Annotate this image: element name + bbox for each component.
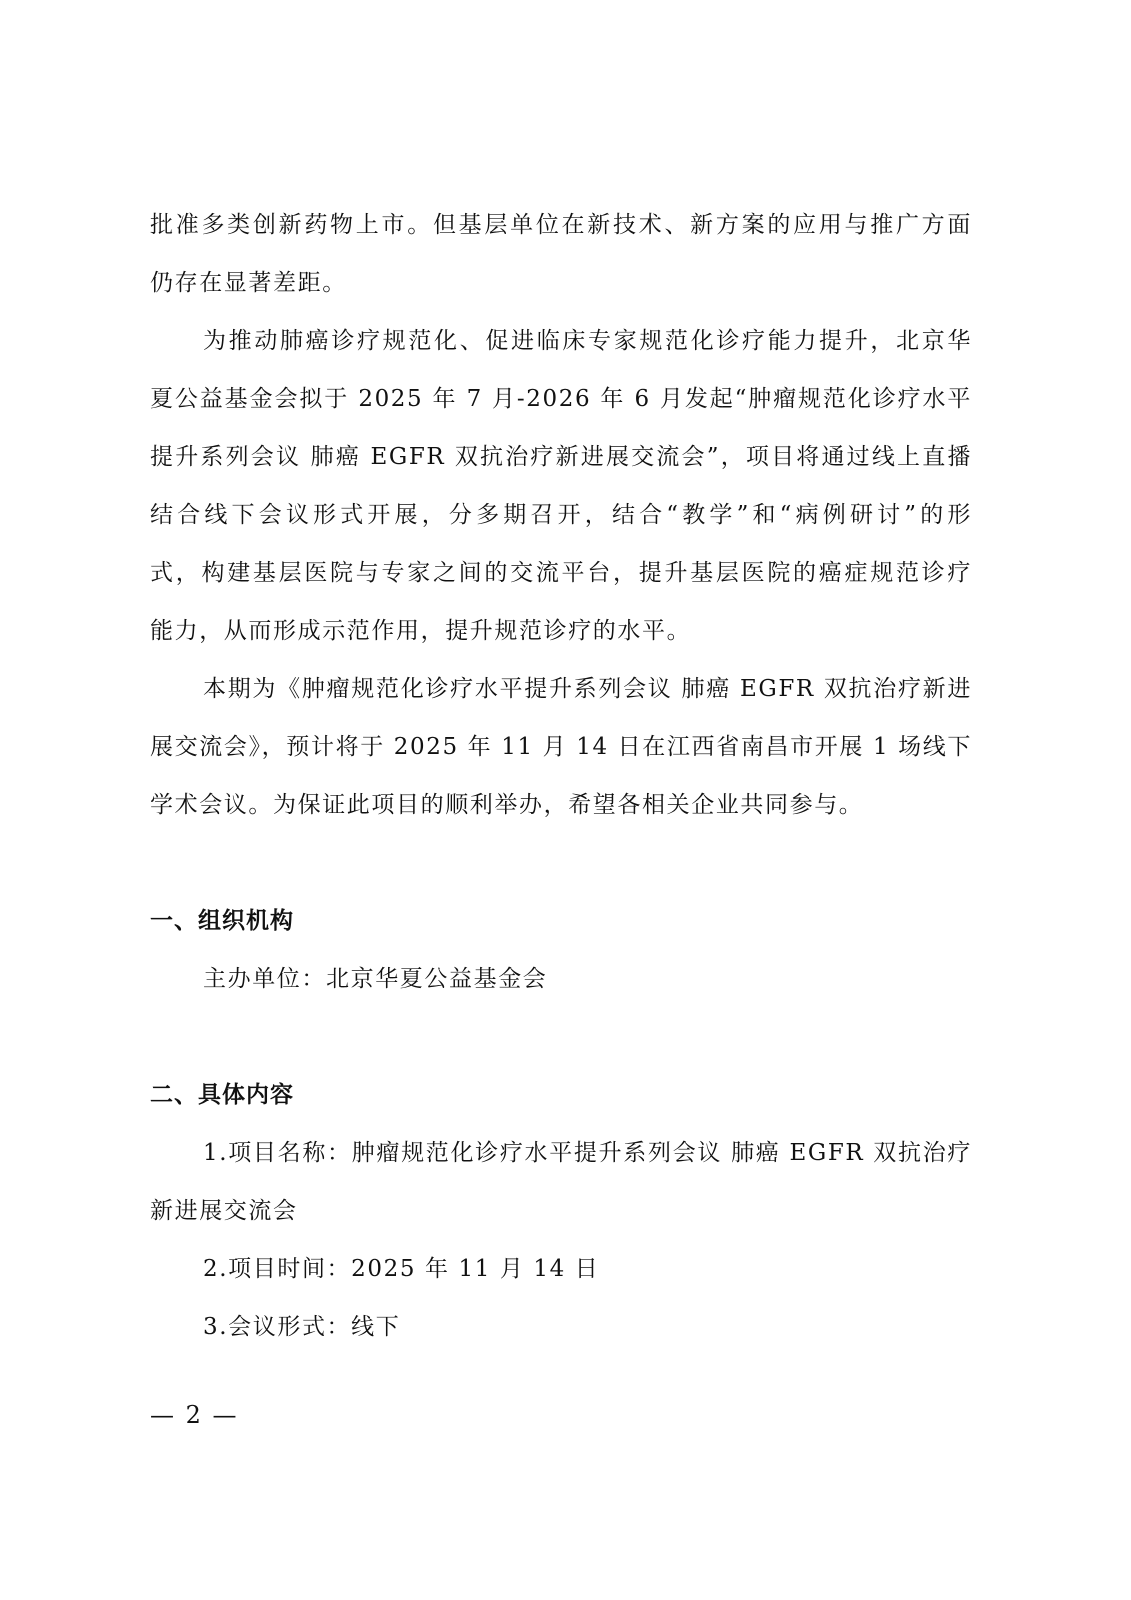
- paragraph-1-line-1: 批准多类创新药物上市。但基层单位在新技术、新方案的应用与推广方面: [150, 210, 972, 240]
- section-item-project-name-cont: 新进展交流会: [150, 1196, 972, 1226]
- section-item-organizer: 主办单位：北京华夏公益基金会: [203, 964, 1025, 994]
- paragraph-3-line-2: 展交流会》，预计将于 2025 年 11 月 14 日在江西省南昌市开展 1 场…: [150, 732, 972, 762]
- paragraph-3-line-1: 本期为《肿瘤规范化诊疗水平提升系列会议 肺癌 EGFR 双抗治疗新进: [203, 674, 972, 704]
- paragraph-2-line-5: 式，构建基层医院与专家之间的交流平台，提升基层医院的癌症规范诊疗: [150, 558, 972, 588]
- paragraph-2-line-1: 为推动肺癌诊疗规范化、促进临床专家规范化诊疗能力提升，北京华: [203, 326, 972, 356]
- section-item-project-date: 2.项目时间：2025 年 11 月 14 日: [203, 1254, 1025, 1284]
- section-item-meeting-format: 3.会议形式：线下: [203, 1312, 1025, 1342]
- document-page: 批准多类创新药物上市。但基层单位在新技术、新方案的应用与推广方面 仍存在显著差距…: [0, 0, 1131, 1600]
- page-number: — 2 —: [150, 1400, 239, 1430]
- section-item-project-name: 1.项目名称：肿瘤规范化诊疗水平提升系列会议 肺癌 EGFR 双抗治疗: [203, 1138, 972, 1168]
- paragraph-2-line-3: 提升系列会议 肺癌 EGFR 双抗治疗新进展交流会”，项目将通过线上直播: [150, 442, 972, 472]
- paragraph-2-line-2: 夏公益基金会拟于 2025 年 7 月-2026 年 6 月发起“肿瘤规范化诊疗…: [150, 384, 972, 414]
- paragraph-2-line-4: 结合线下会议形式开展，分多期召开，结合“教学”和“病例研讨”的形: [150, 500, 972, 530]
- paragraph-3-line-3: 学术会议。为保证此项目的顺利举办，希望各相关企业共同参与。: [150, 790, 972, 820]
- section-heading-organization: 一、组织机构: [150, 906, 972, 936]
- section-heading-content: 二、具体内容: [150, 1080, 972, 1110]
- paragraph-2-line-6: 能力，从而形成示范作用，提升规范诊疗的水平。: [150, 616, 972, 646]
- paragraph-1-line-2: 仍存在显著差距。: [150, 268, 972, 298]
